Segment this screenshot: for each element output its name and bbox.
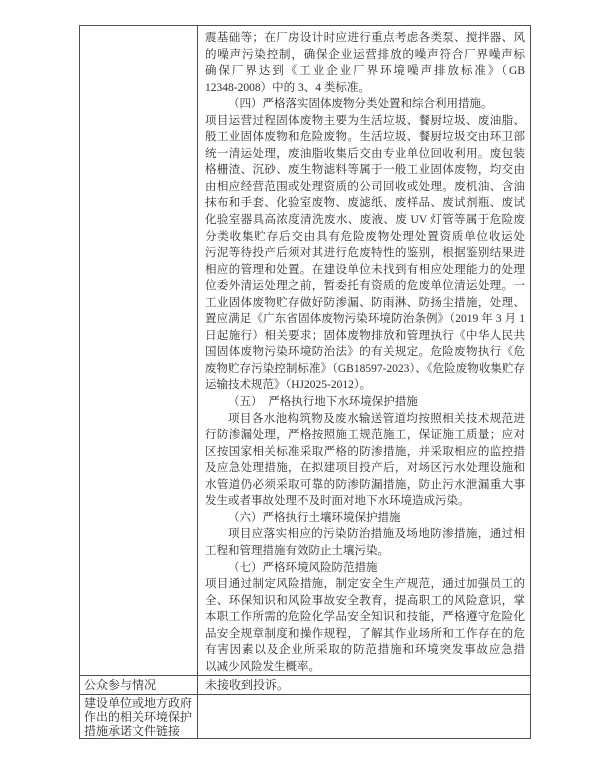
text-line: 格栅渣、沉砂、废生物滤料等属于一般工业固体废物，均交由交 [205, 162, 525, 179]
text-line: 及应急处理措施，在拟建项目投产后，对场区污水处理设施和排 [205, 460, 525, 477]
text-line: 污泥等待投产后须对其进行危废特性的鉴别，根据鉴别结果进行 [205, 245, 525, 262]
text-line: （七）严格环境风险防范措施 [205, 560, 525, 577]
text-line: 置应满足《广东省固体废物污染环境防治条例》（2019 年 3 月 1 [205, 311, 525, 328]
text-line: 确保厂界达到《工业企业厂界环境噪声排放标准》（GB [205, 63, 525, 80]
text-line: 水管道仍必须采取可靠的防渗防漏措施，防止污水泄漏重大事故 [205, 477, 525, 494]
text-line: 统一清运处理，废油脂收集后交由专业单位回收利用。废包装袋、 [205, 146, 525, 163]
text-line: 的噪声污染控制，确保企业运营排放的噪声符合厂界噪声标准。 [205, 47, 525, 64]
document-page: 震基础等；在厂房设计时应进行重点考虑各类泵、搅拌器、风机的噪声污染控制，确保企业… [0, 0, 606, 758]
text-line: 项目通过制定风险措施，制定安全生产规范，通过加强员工的安 [205, 576, 525, 593]
text-line: 运输技术规范》（HJ2025-2012）。 [205, 377, 525, 394]
text-line: 项目运营过程固体废物主要为生活垃圾、餐厨垃圾、废油脂、一 [205, 113, 525, 130]
text-line: 分类收集贮存后交由具有危险废物处理处置资质单位收运处置。 [205, 229, 525, 246]
eia-approval-table: 震基础等；在厂房设计时应进行重点考虑各类泵、搅拌器、风机的噪声污染控制，确保企业… [79, 25, 531, 739]
text-line: 项目各水池构筑物及废水输送管道均按照相关技术规范进 [205, 411, 525, 428]
text-line: 工程和管理措施有效防止土壤污染。 [205, 543, 525, 560]
text-line: 行防渗漏处理，严格按照施工规范施工，保证施工质量；应对厂 [205, 427, 525, 444]
measures-text-cell: 震基础等；在厂房设计时应进行重点考虑各类泵、搅拌器、风机的噪声污染控制，确保企业… [198, 26, 530, 676]
text-line: 抹布和手套、化验室废物、废滤纸、废样品、废试剂瓶、废试剂、 [205, 195, 525, 212]
text-line: 有害因素以及企业所采取的防范措施和环境突发事故应急措施， [205, 642, 525, 659]
text-line: 废物贮存污染控制标准》（GB18597-2023）、《危险废物收集贮存 [205, 361, 525, 378]
text-line: 全、环保知识和风险事故安全教育，提高职工的风险意识，掌握 [205, 593, 525, 610]
text-line: 以减少风险发生概率。 [205, 659, 525, 676]
text-line: 由相应经营范围或处理资质的公司回收或处理。废机油、含油废 [205, 179, 525, 196]
text-line: 震基础等；在厂房设计时应进行重点考虑各类泵、搅拌器、风机 [205, 30, 525, 47]
text-line: 项目应落实相应的污染防治措施及场地防渗措施，通过相关 [205, 526, 525, 543]
text-line: 区按国家相关标准采取严格的防渗措施，并采取相应的监控措施 [205, 444, 525, 461]
text-line: 本职工作所需的危险化学品安全知识和技能，严格遵守危险化学 [205, 609, 525, 626]
text-line: 日起施行）相关要求；固体废物排放和管理执行《中华人民共和 [205, 328, 525, 345]
public-participation-value: 未接收到投诉。 [198, 676, 530, 695]
text-line: （五） 严格执行地下水环境保护措施 [205, 394, 525, 411]
text-line: 相应的管理和处置。在建设单位未找到有相应处理能力的处理单 [205, 262, 525, 279]
measures-label-cell-empty [80, 26, 198, 676]
text-line: 位委外清运处理之前，暂委托有资质的危废单位清运处理。一般 [205, 278, 525, 295]
commitment-link-value [198, 695, 530, 738]
text-line: （六）严格执行土壤环境保护措施 [205, 510, 525, 527]
text-line: 般工业固体废物和危险废物。生活垃圾、餐厨垃圾交由环卫部门 [205, 129, 525, 146]
text-line: 12348-2008）中的 3、4 类标准。 [205, 80, 525, 97]
text-line: 发生或者事故处理不及时面对地下水环境造成污染。 [205, 493, 525, 510]
text-line: 国固体废物污染环境防治法》的有关规定。危险废物执行《危险 [205, 344, 525, 361]
public-participation-label: 公众参与情况 [80, 676, 198, 695]
text-line: （四）严格落实固体废物分类处置和综合利用措施。 [205, 96, 525, 113]
text-line: 工业固体废物贮存做好防渗漏、防雨淋、防扬尘措施，处理、处 [205, 295, 525, 312]
text-line: 化验室器具高浓度清洗废水、废液、废 UV 灯管等属于危险废物， [205, 212, 525, 229]
text-line: 品安全规章制度和操作规程，了解其作业场所和工作存在的危险 [205, 626, 525, 643]
commitment-link-label: 建设单位或地方政府作出的相关环境保护措施承诺文件链接 [80, 695, 198, 738]
